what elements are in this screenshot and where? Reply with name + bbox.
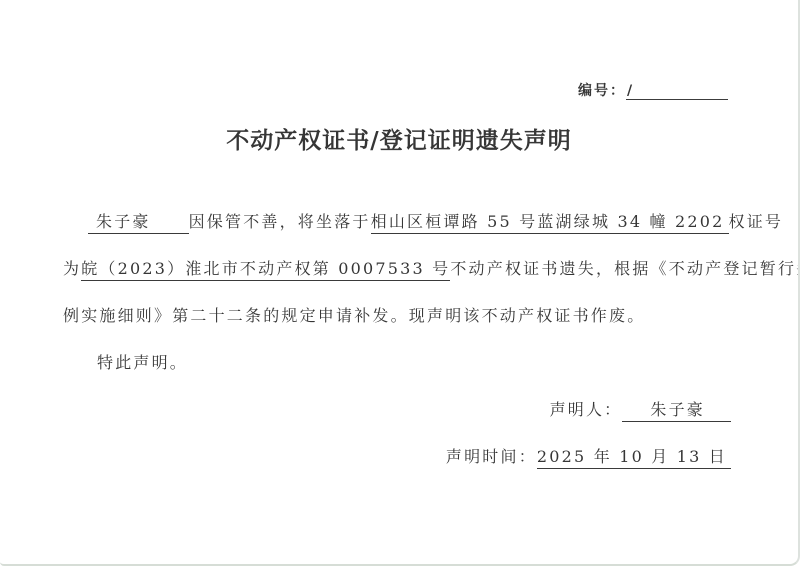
closing-statement: 特此声明。 [63,339,738,386]
line2-prefix-text: 为 [63,259,81,278]
certificate-number-blank: 皖（2023）淮北市不动产权第 0007533 号 [81,259,450,281]
declarant-signature-line: 声明人：朱子豪 [63,386,738,433]
page-title: 不动产权证书/登记证明遗失声明 [0,122,798,155]
paragraph-line-1: 朱子豪因保管不善，将坐落于相山区桓谭路 55 号蓝湖绿城 34 幢 2202权证… [63,198,738,245]
document-page: 编号：/ 不动产权证书/登记证明遗失声明 朱子豪因保管不善，将坐落于相山区桓谭路… [0,0,800,566]
declarant-name-blank: 朱子豪 [88,212,189,234]
date-label: 声明时间： [446,447,537,466]
serial-number-line: 编号：/ [578,80,728,100]
serial-value: / [627,83,634,99]
declaration-body: 朱子豪因保管不善，将坐落于相山区桓谭路 55 号蓝湖绿城 34 幢 2202权证… [63,198,738,480]
paragraph-line-2: 为皖（2023）淮北市不动产权第 0007533 号不动产权证书遗失，根据《不动… [63,245,738,292]
property-address-blank: 相山区桓谭路 55 号蓝湖绿城 34 幢 2202 [371,212,729,234]
declaration-date-line: 声明时间：2025 年 10 月 13 日 [63,433,738,480]
declarant-label: 声明人： [550,400,623,419]
serial-label: 编号： [578,83,626,99]
declaration-date-blank: 2025 年 10 月 13 日 [537,447,731,469]
reason-text: 因保管不善，将坐落于 [189,212,371,231]
declarant-signature-blank: 朱子豪 [622,400,731,422]
line2-suffix-text: 不动产权证书遗失，根据《不动产登记暂行条 [450,259,800,278]
cert-label-text: 权证号 [729,212,784,231]
paragraph-line-3: 例实施细则》第二十二条的规定申请补发。现声明该不动产权证书作废。 [63,292,738,339]
serial-value-underline: / [626,83,728,100]
